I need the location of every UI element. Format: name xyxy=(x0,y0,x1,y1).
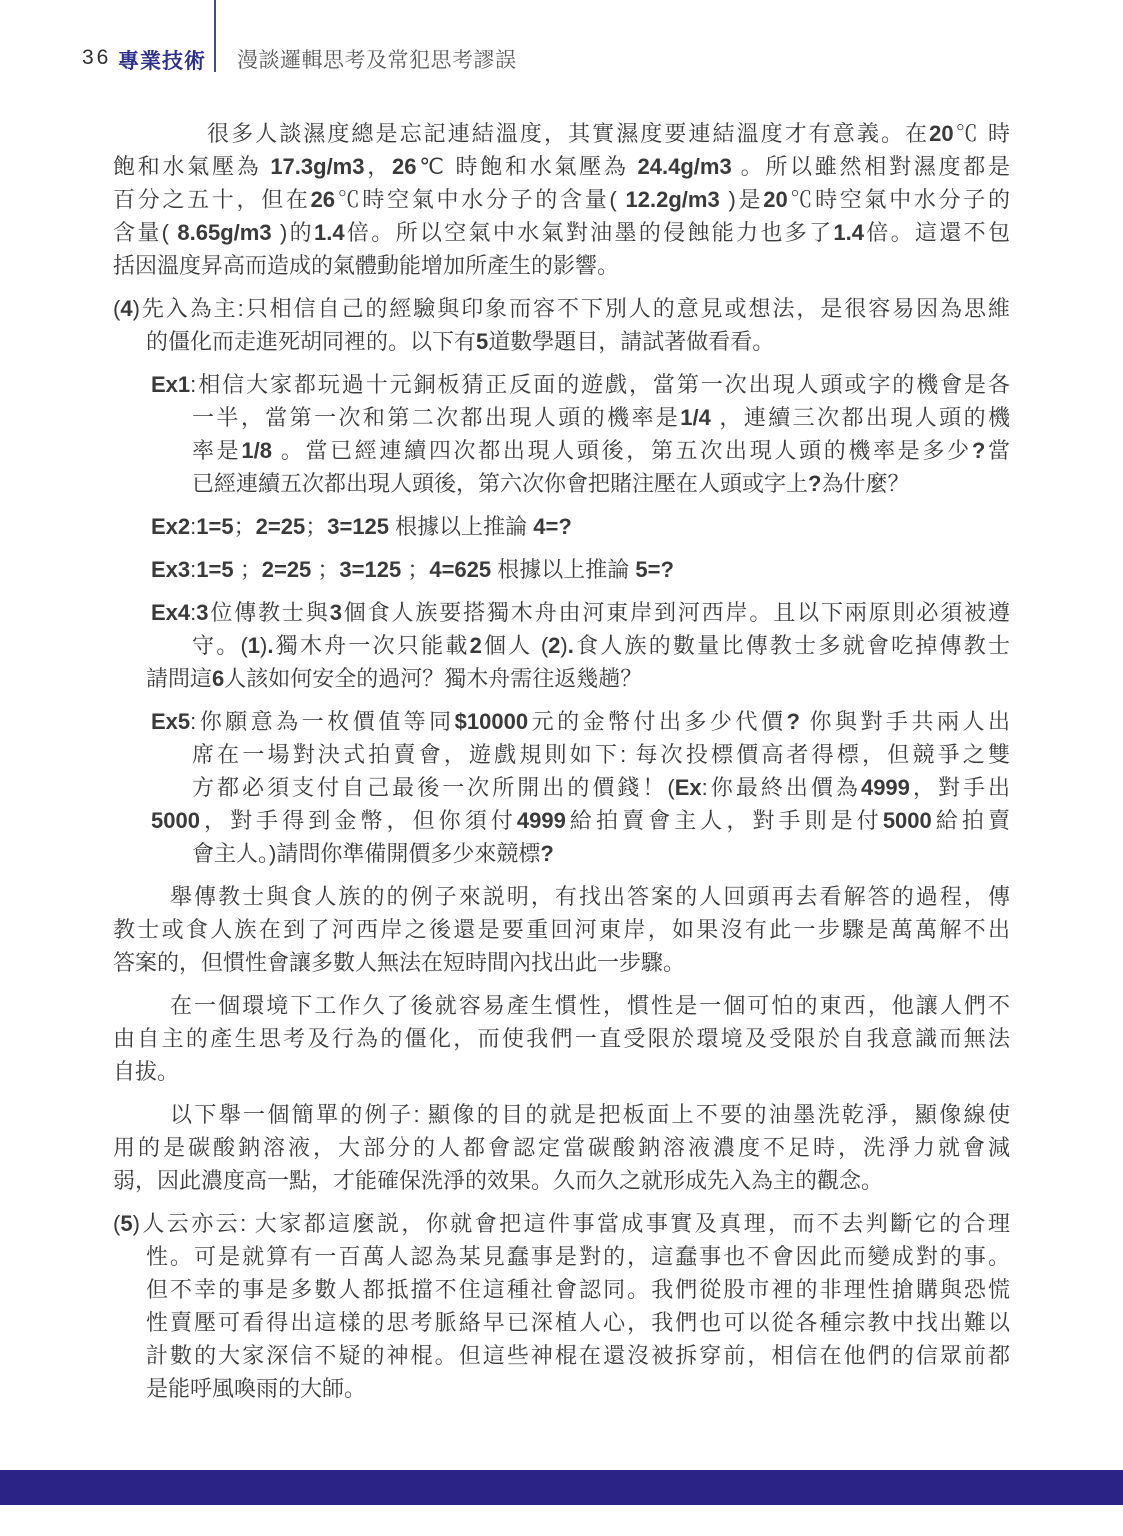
paragraph-ex2: Ex2:1=5；2=25；3=125 根據以上推論 4=? xyxy=(113,510,1010,543)
text-line: 是能呼風喚雨的大師。 xyxy=(113,1372,1010,1405)
text-line: 已經連續五次都出現人頭後，第六次你會把賭注壓在人頭或字上?為什麼？ xyxy=(113,467,1010,500)
text-line: 答案的，但慣性會讓多數人無法在短時間內找出此一步驟。 xyxy=(113,946,1010,979)
text-line: 5000，對手得到金幣，但你須付4999給拍賣會主人，對手則是付5000給拍賣 xyxy=(113,804,1010,837)
text-line: 守。(1).獨木舟一次只能載2個人 (2).食人族的數量比傳教士多就會吃掉傳教士 xyxy=(113,629,1010,662)
text-line: 性。可是就算有一百萬人認為某見蠢事是對的，這蠢事也不會因此而變成對的事。 xyxy=(113,1240,1010,1273)
paragraph-item-5: (5)人云亦云: 大家都這麼説，你就會把這件事當成事實及真理，而不去判斷它的合理… xyxy=(113,1207,1010,1405)
text-line: 用的是碳酸鈉溶液，大部分的人都會認定當碳酸鈉溶液濃度不足時，洗淨力就會減 xyxy=(113,1131,1010,1164)
text-line: 率是1/8 。當已經連續四次都出現人頭後，第五次出現人頭的機率是多少?當 xyxy=(113,434,1010,467)
text-line: 但不幸的事是多數人都抵擋不住這種社會認同。我們從股市裡的非理性搶購與恐慌 xyxy=(113,1273,1010,1306)
text-line: 性賣壓可看得出這樣的思考脈絡早已深植人心，我們也可以從各種宗教中找出難以 xyxy=(113,1306,1010,1339)
paragraph-humidity: 很多人談濕度總是忘記連結溫度，其實濕度要連結溫度才有意義。在20℃ 時 飽和水氣… xyxy=(113,117,1010,282)
text-line: 方都必須支付自己最後一次所開出的價錢！(Ex:你最終出價為4999，對手出 xyxy=(113,771,1010,804)
paragraph-missionaries: 舉傳教士與食人族的的例子來説明，有找出答案的人回頭再去看解答的過程，傳 教士或食… xyxy=(113,880,1010,979)
paragraph-ex3: Ex3:1=5 ；2=25 ；3=125 ；4=625 根據以上推論 5=? xyxy=(113,553,1010,586)
text-line: Ex1:相信大家都玩過十元銅板猜正反面的遊戲，當第一次出現人頭或字的機會是各 xyxy=(113,368,1010,401)
text-line: 百分之五十，但在26℃時空氣中水分子的含量( 12.2g/m3 )是20℃時空氣… xyxy=(113,183,1010,216)
text-line: 自拔。 xyxy=(113,1055,1010,1088)
text-line: 以下舉一個簡單的例子: 顯像的目的就是把板面上不要的油墨洗乾淨，顯像線使 xyxy=(113,1098,1010,1131)
paragraph-ex4: Ex4:3位傳教士與3個食人族要搭獨木舟由河東岸到河西岸。且以下兩原則必須被遵 … xyxy=(113,596,1010,695)
text-line: 舉傳教士與食人族的的例子來説明，有找出答案的人回頭再去看解答的過程，傳 xyxy=(113,880,1010,913)
text-line: 計數的大家深信不疑的神棍。但這些神棍在還沒被拆穿前，相信在他們的信眾前都 xyxy=(113,1339,1010,1372)
text-line: 由自主的產生思考及行為的僵化，而使我們一直受限於環境及受限於自我意識而無法 xyxy=(113,1022,1010,1055)
text-line: Ex3:1=5 ；2=25 ；3=125 ；4=625 根據以上推論 5=? xyxy=(113,553,1010,586)
document-page: 36 專業技術 漫談邏輯思考及常犯思考謬誤 很多人談濕度總是忘記連結溫度，其實濕… xyxy=(0,0,1123,1536)
text-line: 在一個環境下工作久了後就容易產生慣性，慣性是一個可怕的東西，他讓人們不 xyxy=(113,989,1010,1022)
text-line: 很多人談濕度總是忘記連結溫度，其實濕度要連結溫度才有意義。在20℃ 時 xyxy=(113,117,1010,150)
text-line: 弱，因此濃度高一點，才能確保洗淨的效果。久而久之就形成先入為主的觀念。 xyxy=(113,1164,1010,1197)
text-line: Ex2:1=5；2=25；3=125 根據以上推論 4=? xyxy=(113,510,1010,543)
paragraph-item-4: (4)先入為主:只相信自己的經驗與印象而容不下別人的意見或想法，是很容易因為思維… xyxy=(113,292,1010,358)
paragraph-inertia: 在一個環境下工作久了後就容易產生慣性，慣性是一個可怕的東西，他讓人們不 由自主的… xyxy=(113,989,1010,1088)
section-label: 專業技術 xyxy=(118,45,206,75)
text-line: 一半，當第一次和第二次都出現人頭的機率是1/4 ，連續三次都出現人頭的機 xyxy=(113,401,1010,434)
text-line: 會主人。)請問你準備開價多少來競標? xyxy=(113,837,1010,870)
text-line: Ex4:3位傳教士與3個食人族要搭獨木舟由河東岸到河西岸。且以下兩原則必須被遵 xyxy=(113,596,1010,629)
text-line: 飽和水氣壓為 17.3g/m3，26℃ 時飽和水氣壓為 24.4g/m3 。所以… xyxy=(113,150,1010,183)
text-line: 教士或食人族在到了河西岸之後還是要重回河東岸，如果沒有此一步驟是萬萬解不出 xyxy=(113,913,1010,946)
text-line: 席在一場對決式拍賣會，遊戲規則如下: 每次投標價高者得標，但競爭之雙 xyxy=(113,738,1010,771)
paragraph-ex5: Ex5:你願意為一枚價值等同$10000元的金幣付出多少代價? 你與對手共兩人出… xyxy=(113,705,1010,870)
text-line: 請問這6人該如何安全的過河？獨木舟需往返幾趟？ xyxy=(113,662,1010,695)
page-number: 36 xyxy=(82,46,111,70)
text-line: 的僵化而走進死胡同裡的。以下有5道數學題目，請試著做看看。 xyxy=(113,325,1010,358)
header-divider xyxy=(214,0,216,72)
text-line: Ex5:你願意為一枚價值等同$10000元的金幣付出多少代價? 你與對手共兩人出 xyxy=(113,705,1010,738)
paragraph-ex1: Ex1:相信大家都玩過十元銅板猜正反面的遊戲，當第一次出現人頭或字的機會是各 一… xyxy=(113,368,1010,500)
article-title: 漫談邏輯思考及常犯思考謬誤 xyxy=(237,44,517,74)
text-line: (4)先入為主:只相信自己的經驗與印象而容不下別人的意見或想法，是很容易因為思維 xyxy=(113,292,1010,325)
text-line: 含量( 8.65g/m3 )的1.4倍。所以空氣中水氣對油墨的侵蝕能力也多了1.… xyxy=(113,216,1010,249)
text-line: (5)人云亦云: 大家都這麼説，你就會把這件事當成事實及真理，而不去判斷它的合理 xyxy=(113,1207,1010,1240)
body-text: 很多人談濕度總是忘記連結溫度，其實濕度要連結溫度才有意義。在20℃ 時 飽和水氣… xyxy=(113,117,1010,1405)
footer-accent-bar xyxy=(0,1470,1123,1505)
text-line: 括因溫度昇高而造成的氣體動能增加所產生的影響。 xyxy=(113,249,1010,282)
paragraph-example: 以下舉一個簡單的例子: 顯像的目的就是把板面上不要的油墨洗乾淨，顯像線使 用的是… xyxy=(113,1098,1010,1197)
